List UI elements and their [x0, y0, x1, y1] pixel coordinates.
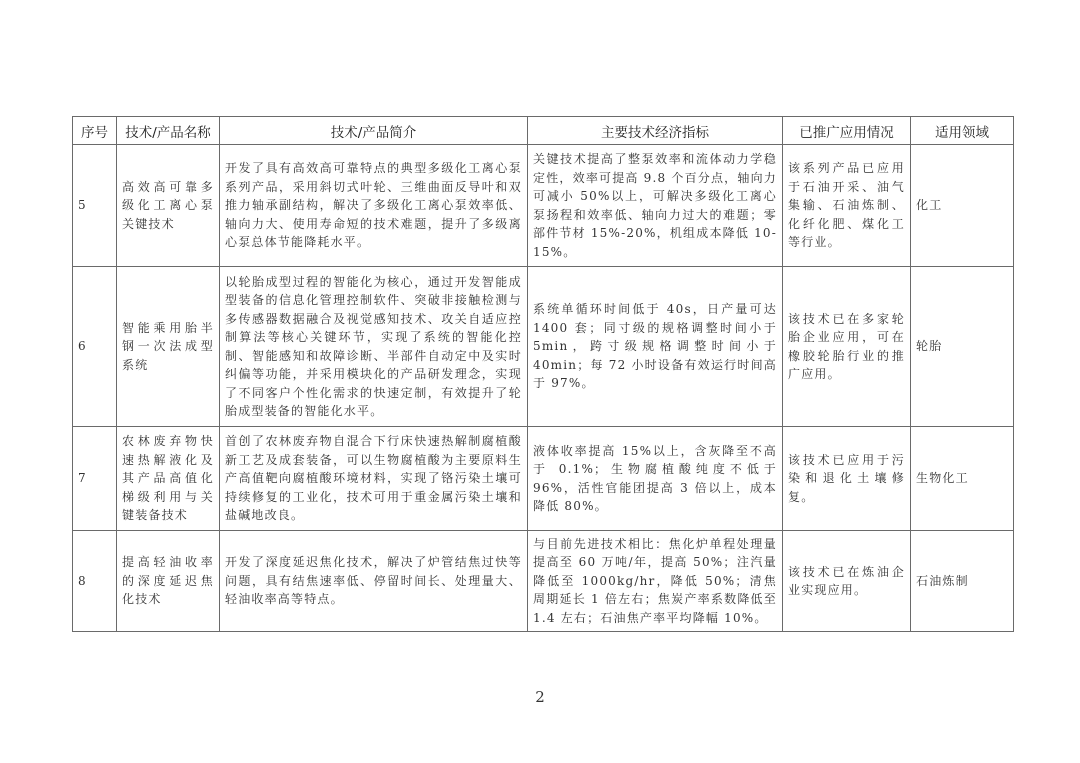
cell-field: 轮胎 [911, 267, 1014, 427]
cell-name: 高效高可靠多级化工离心泵关键技术 [117, 145, 220, 267]
table-row: 8 提高轻油收率的深度延迟焦化技术 开发了深度延迟焦化技术，解决了炉管结焦过快等… [73, 531, 1014, 632]
cell-applied: 该技术已在炼油企业实现应用。 [783, 531, 911, 632]
technology-table: 序号 技术/产品名称 技术/产品简介 主要技术经济指标 已推广应用情况 适用领域… [72, 116, 1014, 632]
table-header-row: 序号 技术/产品名称 技术/产品简介 主要技术经济指标 已推广应用情况 适用领域 [73, 117, 1014, 145]
table-row: 7 农林废弃物快速热解液化及其产品高值化梯级利用与关键装备技术 首创了农林废弃物… [73, 427, 1014, 531]
cell-intro: 开发了深度延迟焦化技术，解决了炉管结焦过快等问题，具有结焦速率低、停留时间长、处… [220, 531, 528, 632]
cell-num: 7 [73, 427, 117, 531]
table-row: 5 高效高可靠多级化工离心泵关键技术 开发了具有高效高可靠特点的典型多级化工离心… [73, 145, 1014, 267]
cell-intro: 以轮胎成型过程的智能化为核心，通过开发智能成型装备的信息化管理控制软件、突破非接… [220, 267, 528, 427]
table-row: 6 智能乘用胎半钢一次法成型系统 以轮胎成型过程的智能化为核心，通过开发智能成型… [73, 267, 1014, 427]
page-number: 2 [0, 688, 1080, 706]
cell-intro: 首创了农林废弃物自混合下行床快速热解制腐植酸新工艺及成套装备，可以生物腐植酸为主… [220, 427, 528, 531]
cell-field: 生物化工 [911, 427, 1014, 531]
cell-num: 6 [73, 267, 117, 427]
cell-num: 8 [73, 531, 117, 632]
document-page: 序号 技术/产品名称 技术/产品简介 主要技术经济指标 已推广应用情况 适用领域… [0, 0, 1080, 763]
cell-num: 5 [73, 145, 117, 267]
cell-indicators: 系统单循环时间低于 40s，日产量可达 1400 套；同寸级的规格调整时间小于 … [528, 267, 783, 427]
cell-applied: 该技术已应用于污染和退化土壤修复。 [783, 427, 911, 531]
cell-field: 化工 [911, 145, 1014, 267]
cell-indicators: 关键技术提高了整泵效率和流体动力学稳定性，效率可提高 9.8 个百分点，轴向力可… [528, 145, 783, 267]
cell-name: 智能乘用胎半钢一次法成型系统 [117, 267, 220, 427]
header-name: 技术/产品名称 [117, 117, 220, 145]
header-num: 序号 [73, 117, 117, 145]
cell-name: 提高轻油收率的深度延迟焦化技术 [117, 531, 220, 632]
header-field: 适用领域 [911, 117, 1014, 145]
cell-indicators: 与目前先进技术相比：焦化炉单程处理量提高至 60 万吨/年，提高 50%；注汽量… [528, 531, 783, 632]
cell-intro: 开发了具有高效高可靠特点的典型多级化工离心泵系列产品，采用斜切式叶轮、三维曲面反… [220, 145, 528, 267]
cell-applied: 该系列产品已应用于石油开采、油气集输、石油炼制、化纤化肥、煤化工等行业。 [783, 145, 911, 267]
header-applied: 已推广应用情况 [783, 117, 911, 145]
cell-field: 石油炼制 [911, 531, 1014, 632]
cell-applied: 该技术已在多家轮胎企业应用，可在橡胶轮胎行业的推广应用。 [783, 267, 911, 427]
cell-indicators: 液体收率提高 15%以上，含灰降至不高于 0.1%；生物腐植酸纯度不低于 96%… [528, 427, 783, 531]
header-intro: 技术/产品简介 [220, 117, 528, 145]
header-indicators: 主要技术经济指标 [528, 117, 783, 145]
cell-name: 农林废弃物快速热解液化及其产品高值化梯级利用与关键装备技术 [117, 427, 220, 531]
